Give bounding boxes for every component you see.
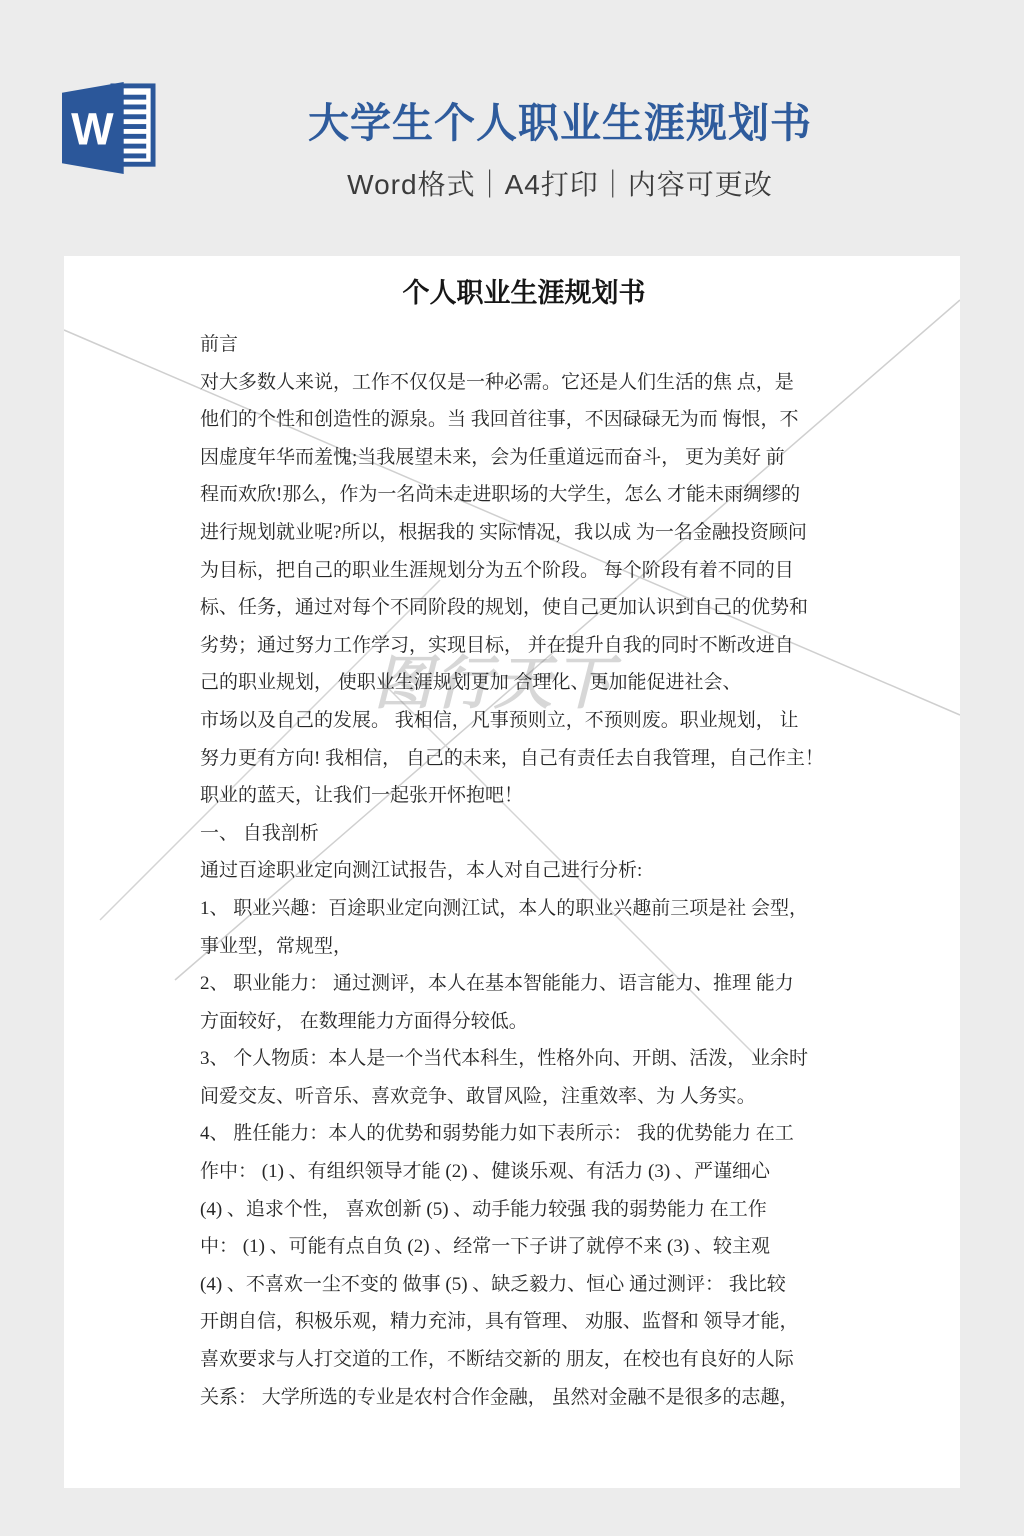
text-line: 程而欢欣!那么，作为一名尚未走进职场的大学生，怎么 才能未雨绸缪的 — [200, 476, 848, 514]
header: W 大学生个人职业生涯规划书 Word格式｜A4打印｜内容可更改 — [0, 0, 1024, 230]
text-line: 劣势；通过努力工作学习，实现目标， 并在提升自我的同时不断改进自 — [200, 627, 848, 665]
text-line: 努力更有方向! 我相信， 自己的未来，自己有责任去自我管理，自己作主！ — [200, 740, 848, 778]
text-line: 开朗自信，积极乐观，精力充沛，具有管理、 劝服、监督和 领导才能， — [200, 1303, 848, 1341]
text-line: 标、任务，通过对每个不同阶段的规划，使自己更加认识到自己的优势和 — [200, 589, 848, 627]
text-line: 方面较好， 在数理能力方面得分较低。 — [200, 1003, 848, 1041]
text-line: 一、 自我剖析 — [200, 815, 848, 853]
text-line: 3、 个人物质：本人是一个当代本科生，性格外向、开朗、活泼， 业余时 — [200, 1040, 848, 1078]
header-text-block: 大学生个人职业生涯规划书 Word格式｜A4打印｜内容可更改 — [0, 0, 1024, 203]
text-line: 1、 职业兴趣：百途职业定向测江试，本人的职业兴趣前三项是社 会型， — [200, 890, 848, 928]
document-page: 图行天下 个人职业生涯规划书 前言对大多数人来说，工作不仅仅是一种必需。它还是人… — [64, 256, 960, 1488]
text-line: 2、 职业能力： 通过测评，本人在基本智能能力、语言能力、推理 能力 — [200, 965, 848, 1003]
text-line: 职业的蓝天，让我们一起张开怀抱吧！ — [200, 777, 848, 815]
text-line: 间爱交友、听音乐、喜欢竞争、敢冒风险，注重效率、为 人务实。 — [200, 1078, 848, 1116]
text-line: 对大多数人来说，工作不仅仅是一种必需。它还是人们生活的焦 点，是 — [200, 364, 848, 402]
document-body: 前言对大多数人来说，工作不仅仅是一种必需。它还是人们生活的焦 点，是他们的个性和… — [200, 326, 848, 1416]
text-line: 前言 — [200, 326, 848, 364]
text-line: 市场以及自己的发展。 我相信，凡事预则立，不预则废。职业规划， 让 — [200, 702, 848, 740]
text-line: 中： (1) 、可能有点自负 (2) 、经常一下子讲了就停不来 (3) 、较主观 — [200, 1228, 848, 1266]
text-line: 事业型，常规型， — [200, 928, 848, 966]
text-line: (4) 、追求个性， 喜欢创新 (5) 、动手能力较强 我的弱势能力 在工作 — [200, 1191, 848, 1229]
text-line: 他们的个性和创造性的源泉。当 我回首往事，不因碌碌无为而 悔恨，不 — [200, 401, 848, 439]
text-line: (4) 、不喜欢一尘不变的 做事 (5) 、缺乏毅力、恒心 通过测评： 我比较 — [200, 1266, 848, 1304]
page-title: 大学生个人职业生涯规划书 — [48, 0, 1024, 149]
text-line: 为目标，把自己的职业生涯规划分为五个阶段。 每个阶段有着不同的目 — [200, 552, 848, 590]
text-line: 4、 胜任能力：本人的优势和弱势能力如下表所示： 我的优势能力 在工 — [200, 1115, 848, 1153]
text-line: 己的职业规划， 使职业生涯规划更加 合理化、更加能促进社会、 — [200, 664, 848, 702]
text-line: 因虚度年华而羞愧;当我展望未来，会为任重道远而奋斗， 更为美好 前 — [200, 439, 848, 477]
text-line: 进行规划就业呢?所以，根据我的 实际情况，我以成 为一名金融投资顾问 — [200, 514, 848, 552]
text-line: 通过百途职业定向测江试报告，本人对自己进行分析: — [200, 852, 848, 890]
text-line: 关系： 大学所选的专业是农村合作金融， 虽然对金融不是很多的志趣， — [200, 1379, 848, 1417]
page-background: { "header": { "title": "大学生个人职业生涯规划书", "… — [0, 0, 1024, 1536]
text-line: 作中： (1) 、有组织领导才能 (2) 、健谈乐观、有活力 (3) 、严谨细心 — [200, 1153, 848, 1191]
document-title: 个人职业生涯规划书 — [200, 276, 848, 310]
text-line: 喜欢要求与人打交道的工作，不断结交新的 朋友，在校也有良好的人际 — [200, 1341, 848, 1379]
page-subtitle: Word格式｜A4打印｜内容可更改 — [48, 163, 1024, 203]
